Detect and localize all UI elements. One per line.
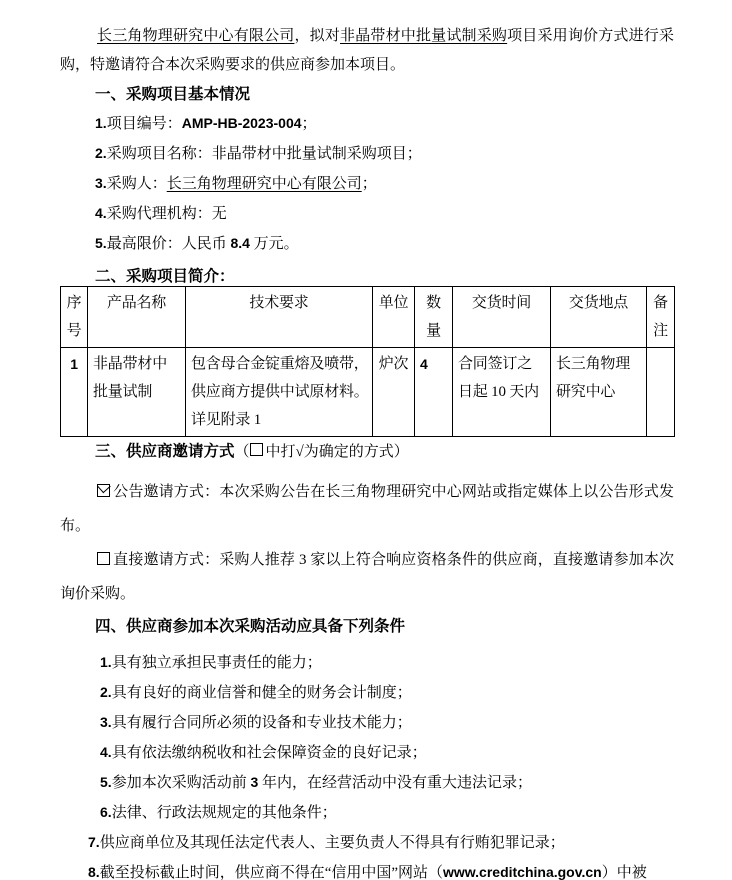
list-item-project-name: 2.采购项目名称：非晶带材中批量试制采购项目；	[95, 139, 674, 169]
condition-item-8: 8.截至投标截止时间，供应商不得在“信用中国”网站（www.creditchin…	[88, 858, 674, 880]
intro-text: ，拟对	[294, 28, 340, 44]
condition-item-5: 5.参加本次采购活动前 3 年内，在经营活动中没有重大违法记录；	[100, 768, 674, 798]
cell-tech-requirements: 包含母合金锭重熔及喷带，供应商方提供中试原材料。详见附录 1	[186, 348, 373, 437]
header-remarks: 备注	[647, 287, 675, 348]
header-tech-requirements: 技术要求	[186, 287, 373, 348]
cell-unit: 炉次	[373, 348, 415, 437]
header-quantity: 数量	[415, 287, 453, 348]
condition-item-7: 7.供应商单位及其现任法定代表人、主要负责人不得具有行贿犯罪记录；	[88, 828, 674, 858]
cell-delivery-place: 长三角物理研究中心	[551, 348, 647, 437]
direct-invitation-paragraph: 直接邀请方式：采购人推荐 3 家以上符合响应资格条件的供应商，直接邀请参加本次询…	[60, 543, 674, 611]
cell-delivery-time: 合同签订之日起 10 天内	[453, 348, 551, 437]
check-icon	[97, 480, 110, 493]
table-header-row: 序号 产品名称 技术要求 单位 数量 交货时间 交货地点 备注	[61, 287, 675, 348]
header-unit: 单位	[373, 287, 415, 348]
condition-item-4: 4.具有依法缴纳税收和社会保障资金的良好记录；	[100, 738, 674, 768]
condition-item-3: 3.具有履行合同所必须的设备和专业技术能力；	[100, 708, 674, 738]
announcement-invitation-paragraph: 公告邀请方式：本次采购公告在长三角物理研究中心网站或指定媒体上以公告形式发布。	[60, 475, 674, 543]
table-row: 1 非晶带材中批量试制 包含母合金锭重熔及喷带，供应商方提供中试原材料。详见附录…	[61, 348, 675, 437]
header-product-name: 产品名称	[88, 287, 186, 348]
section4-heading: 四、供应商参加本次采购活动应具备下列条件	[95, 612, 674, 641]
list-item-max-price: 5.最高限价：人民币 8.4 万元。	[95, 229, 674, 259]
list-item-agency: 4.采购代理机构：无	[95, 199, 674, 229]
procurement-table: 序号 产品名称 技术要求 单位 数量 交货时间 交货地点 备注 1 非晶带材中批…	[60, 286, 675, 437]
list-item-purchaser: 3.采购人：长三角物理研究中心有限公司；	[95, 169, 674, 199]
checkbox-empty-icon	[97, 552, 110, 565]
section1-heading: 一、采购项目基本情况	[95, 80, 674, 109]
condition-item-6: 6.法律、行政法规规定的其他条件；	[100, 798, 674, 828]
section1-list: 1.项目编号：AMP-HB-2023-004； 2.采购项目名称：非晶带材中批量…	[60, 109, 674, 259]
condition-item-2: 2.具有良好的商业信誉和健全的财务会计制度；	[100, 678, 674, 708]
cell-quantity: 4	[415, 348, 453, 437]
checkbox-checked-icon	[97, 484, 110, 497]
list-item-project-number: 1.项目编号：AMP-HB-2023-004；	[95, 109, 674, 139]
cell-remarks	[647, 348, 675, 437]
cell-no: 1	[61, 348, 88, 437]
section3-heading-bold: 三、供应商邀请方式	[95, 443, 235, 460]
purchaser-name-underlined: 长三角物理研究中心有限公司	[97, 28, 294, 44]
condition-item-1: 1.具有独立承担民事责任的能力；	[100, 648, 674, 678]
project-name-underlined: 非晶带材中批量试制采购	[340, 28, 507, 44]
section3-paren-rest: 中打√为确定的方式）	[266, 444, 409, 460]
document-page: { "intro": { "u1": "长三角物理研究中心有限公司", "m1"…	[0, 0, 732, 880]
checkbox-empty-icon	[250, 443, 263, 456]
direct-invitation-text: 直接邀请方式：采购人推荐 3 家以上符合响应资格条件的供应商，直接邀请参加本次询…	[60, 552, 674, 602]
announcement-invitation-text: 公告邀请方式：本次采购公告在长三角物理研究中心网站或指定媒体上以公告形式发布。	[60, 484, 674, 534]
document-body: 长三角物理研究中心有限公司，拟对非晶带材中批量试制采购项目采用询价方式进行采购，…	[0, 0, 732, 880]
header-no: 序号	[61, 287, 88, 348]
header-delivery-place: 交货地点	[551, 287, 647, 348]
cell-product-name: 非晶带材中批量试制	[88, 348, 186, 437]
section3-heading: 三、供应商邀请方式（中打√为确定的方式）	[95, 437, 674, 467]
section4-list: 1.具有独立承担民事责任的能力； 2.具有良好的商业信誉和健全的财务会计制度； …	[60, 648, 674, 880]
section3-paren-open: （	[235, 444, 250, 460]
intro-paragraph: 长三角物理研究中心有限公司，拟对非晶带材中批量试制采购项目采用询价方式进行采购，…	[60, 22, 674, 80]
header-delivery-time: 交货时间	[453, 287, 551, 348]
